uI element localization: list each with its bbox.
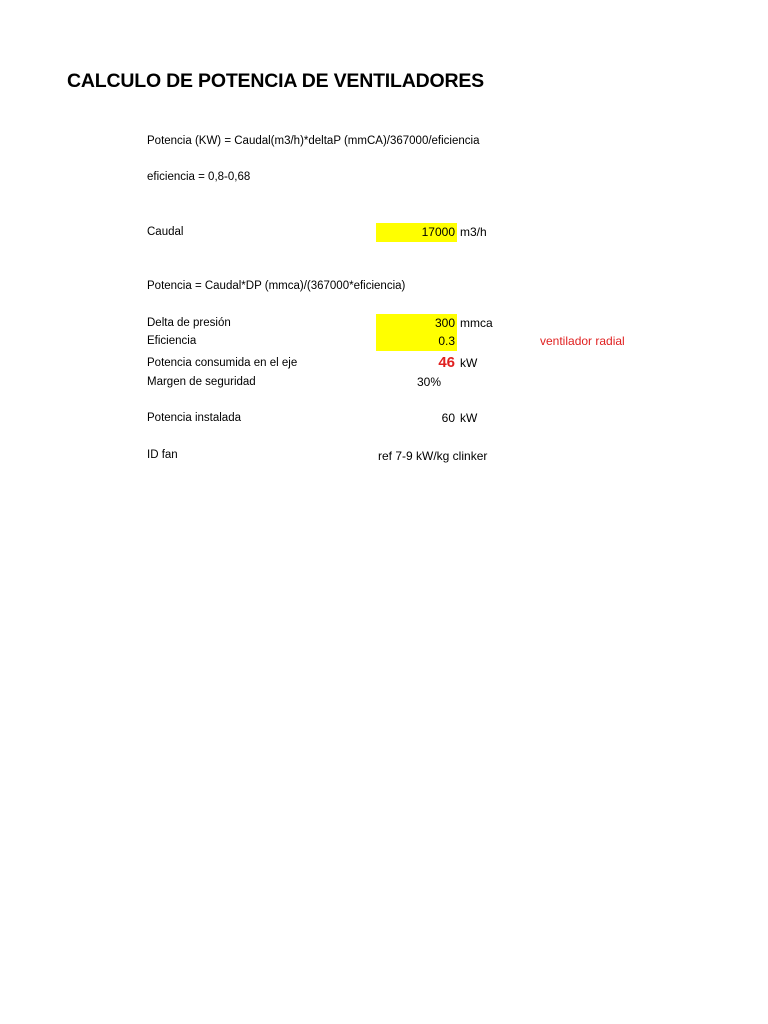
formula-power-2: Potencia = Caudal*DP (mmca)/(367000*efic… xyxy=(147,280,405,292)
id-fan-label: ID fan xyxy=(147,449,178,461)
efficiency-range: eficiencia = 0,8-0,68 xyxy=(147,171,250,183)
formula-power: Potencia (KW) = Caudal(m3/h)*deltaP (mmC… xyxy=(147,135,479,147)
caudal-input-cell[interactable]: 17000 xyxy=(376,223,457,242)
margen-label: Margen de seguridad xyxy=(147,376,256,388)
margen-value: 30% xyxy=(376,373,457,392)
eficiencia-label: Eficiencia xyxy=(147,335,196,347)
delta-presion-input-cell[interactable]: 300 xyxy=(376,314,457,333)
caudal-unit: m3/h xyxy=(460,223,487,242)
potencia-consumida-value: 46 xyxy=(376,353,457,372)
eficiencia-input-cell[interactable]: 0.3 xyxy=(376,332,457,351)
caudal-label: Caudal xyxy=(147,226,183,238)
fan-type-note: ventilador radial xyxy=(540,334,625,348)
potencia-consumida-label: Potencia consumida en el eje xyxy=(147,357,297,369)
potencia-instalada-label: Potencia instalada xyxy=(147,412,241,424)
delta-presion-label: Delta de presión xyxy=(147,317,231,329)
potencia-consumida-unit: kW xyxy=(460,354,477,373)
delta-presion-unit: mmca xyxy=(460,314,493,333)
id-fan-reference: ref 7-9 kW/kg clinker xyxy=(378,449,487,463)
potencia-instalada-value: 60 xyxy=(376,409,457,428)
page-title: CALCULO DE POTENCIA DE VENTILADORES xyxy=(67,70,484,93)
potencia-instalada-unit: kW xyxy=(460,409,477,428)
